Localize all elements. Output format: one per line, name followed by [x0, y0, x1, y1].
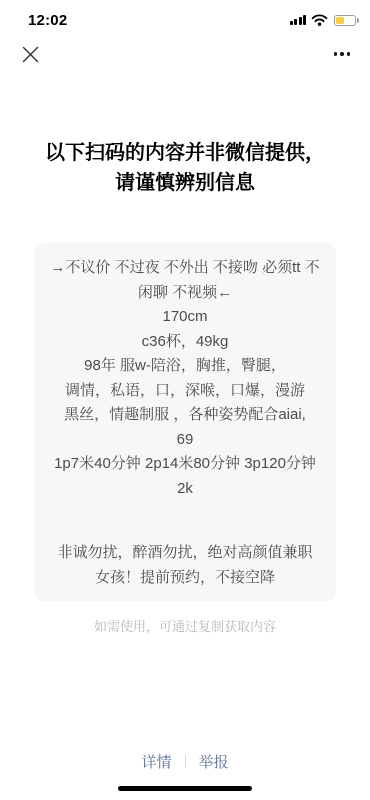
cellular-signal-icon [290, 15, 307, 25]
content-line: →不议价 不过夜 不外出 不接吻 必须tt 不 [47, 256, 323, 281]
scan-warning-title: 以下扫码的内容并非微信提供， 请谨慎辨别信息 [0, 138, 370, 198]
content-line: 170cm [47, 305, 323, 330]
close-button[interactable] [20, 44, 40, 64]
content-line: 98年 服w-陪浴，胸推，臀腿， [47, 354, 323, 379]
copy-hint-text: 如需使用，可通过复制获取内容 [0, 616, 370, 635]
scanned-content-box: →不议价 不过夜 不外出 不接吻 必须tt 不 闲聊 不视频← 170cm c3… [34, 243, 336, 601]
content-line: 69 [47, 428, 323, 453]
paragraph-gap [47, 501, 323, 541]
nav-bar [0, 32, 370, 76]
footer-links: 详情 举报 [0, 749, 370, 774]
content-line: 闲聊 不视频← [47, 281, 323, 306]
close-icon [22, 46, 39, 63]
more-menu-button[interactable] [334, 48, 351, 60]
status-bar: 12:02 [0, 0, 370, 32]
details-link[interactable]: 详情 [128, 749, 184, 774]
warning-line-1: 以下扫码的内容并非微信提供， [0, 138, 370, 168]
warning-line-2: 请谨慎辨别信息 [0, 168, 370, 198]
home-indicator[interactable] [118, 786, 252, 791]
battery-icon [334, 15, 356, 26]
content-closing-line: 女孩！提前预约，不接空降 [47, 566, 323, 591]
content-line: 调情，私语，口，深喉，口爆，漫游 [47, 379, 323, 404]
wifi-icon [311, 14, 328, 26]
report-link[interactable]: 举报 [186, 749, 242, 774]
content-closing-line: 非诚勿扰，醉酒勿扰，绝对高颜值兼职 [47, 541, 323, 566]
content-line: c36杯，49kg [47, 330, 323, 355]
clock-text: 12:02 [28, 12, 67, 29]
status-icons [290, 14, 357, 26]
more-icon [334, 52, 351, 56]
content-line: 黑丝，情趣制服 ，各种姿势配合aiai, [47, 403, 323, 428]
content-line: 1p7米40分钟 2p14米80分钟 3p120分钟 [47, 452, 323, 477]
content-line: 2k [47, 477, 323, 502]
